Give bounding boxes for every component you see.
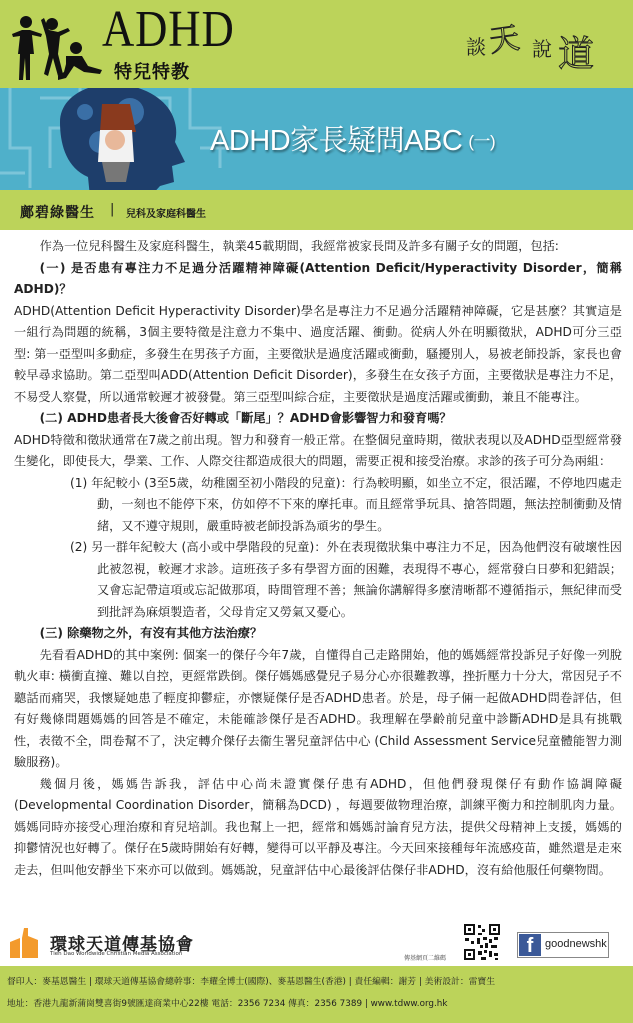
list-item: (2) 另一群年紀較大 (高小或中學階段的兒童)：外在表現徵狀集中專注力不足，因… [70, 537, 622, 623]
title-banner: ADHD家長疑問ABC(一) [0, 88, 633, 190]
answer-2: ADHD特徵和徵狀通常在7歲之前出現。智力和發育一般正常。在整個兒童時期，徵狀表… [14, 430, 622, 473]
qr-label: 傳基網頁二維碼 [404, 953, 446, 962]
question-1: (一) 是否患有專注力不足過分活躍精神障礙(Attention Deficit/… [14, 258, 622, 301]
answer-1: ADHD(Attention Deficit Hyperactivity Dis… [14, 301, 622, 409]
org-logo-icon [8, 928, 42, 958]
title-part: (一) [468, 132, 495, 151]
head-illustration-icon [40, 88, 190, 190]
question-2-text: (二) ADHD患者長大後會否好轉或「斷尾」？ADHD會影響智力和發育嗎？ [40, 411, 452, 425]
question-3-text: (三) 除藥物之外，有沒有其他方法治療？ [40, 626, 263, 640]
title-text: ADHD家長疑問ABC [210, 125, 462, 157]
question-3: (三) 除藥物之外，有沒有其他方法治療？ [14, 623, 622, 645]
calligraphy-icon: 談 天 說 道 [462, 20, 612, 80]
qr-code-icon[interactable] [463, 923, 501, 961]
author-title: 兒科及家庭科醫生 [126, 205, 206, 220]
age-group-list: (1) 年紀較小 (3至5歲，幼稚園至初小階段的兒童)：行為較明顯，如坐立不定，… [70, 473, 622, 624]
author-separator: | [110, 202, 114, 217]
intro-paragraph: 作為一位兒科醫生及家庭科醫生，執業45載期間，我經常被家長問及許多有關子女的問題… [14, 236, 622, 258]
credits-line: 督印人：麥基恩醫生 | 環球天道傳基協會總幹事：李耀全博士(國際)、麥基恩醫生(… [7, 974, 495, 987]
svg-text:道: 道 [558, 34, 594, 75]
answer-4: 幾個月後，媽媽告訴我，評估中心尚未證實傑仔患有ADHD，但他們發現傑仔有動作協調… [14, 774, 622, 882]
svg-text:談: 談 [466, 35, 486, 59]
column-brand: 談 天 說 道 [462, 20, 612, 80]
author-band: 鄺碧綠醫生 | 兒科及家庭科醫生 [0, 190, 633, 230]
article-title: ADHD家長疑問ABC(一) [210, 118, 495, 159]
question-2: (二) ADHD患者長大後會否好轉或「斷尾」？ADHD會影響智力和發育嗎？ [14, 408, 622, 430]
answer-3: 先看看ADHD的其中案例: 個案一的傑仔今年7歲，自懂得自己走路開始，他的媽媽經… [14, 645, 622, 774]
address-line: 地址：香港九龍新蒲崗雙喜街9號匯達商業中心22樓 電話：2356 7234 傳真… [7, 996, 447, 1009]
facebook-icon: f [519, 934, 541, 956]
article-body: 作為一位兒科醫生及家庭科醫生，執業45載期間，我經常被家長問及許多有關子女的問題… [14, 236, 622, 881]
facebook-handle: goodnewshk [545, 938, 607, 950]
org-name-en: Tien Dao Worldwide Christian Media Assoc… [50, 951, 182, 957]
facebook-link[interactable]: f goodnewshk [517, 932, 609, 958]
author-name: 鄺碧綠醫生 [20, 202, 95, 222]
svg-text:天: 天 [487, 21, 522, 60]
logo-title: ADHD [102, 4, 235, 56]
question-1-text: (一) 是否患有專注力不足過分活躍精神障礙(Attention Deficit/… [14, 261, 622, 297]
children-silhouette-icon [8, 14, 104, 86]
list-item: (1) 年紀較小 (3至5歲，幼稚園至初小階段的兒童)：行為較明顯，如坐立不定，… [70, 473, 622, 538]
logo-subtitle: 特兒特教 [114, 58, 190, 84]
svg-text:說: 說 [532, 37, 552, 61]
